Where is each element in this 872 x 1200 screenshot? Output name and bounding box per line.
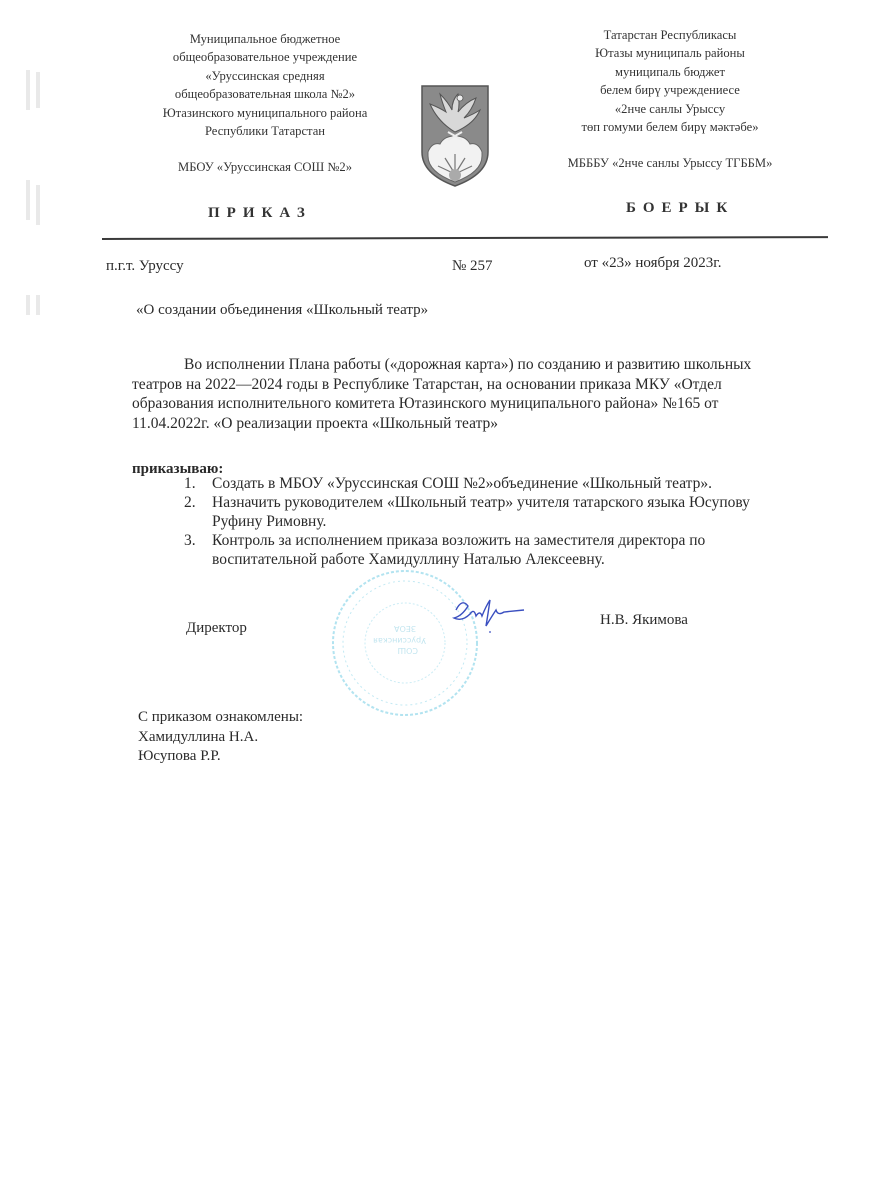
coat-of-arms-icon xyxy=(418,82,492,188)
header-divider xyxy=(102,236,828,240)
doc-subject: «О создании объединения «Школьный театр» xyxy=(136,302,428,319)
preamble-paragraph: Во исполнении Плана работы («дорожная ка… xyxy=(132,355,772,433)
header-left-line: общеобразовательная школа №2» xyxy=(120,85,410,103)
doc-date: от «23» ноября 2023г. xyxy=(584,255,722,272)
svg-text:СОШ: СОШ xyxy=(398,646,418,655)
order-item-text: Создать в МБОУ «Уруссинская СОШ №2»объед… xyxy=(212,475,712,492)
header-right-institution: Татарстан Республикасы Ютазы муниципаль … xyxy=(540,26,800,173)
order-items-list: 1. Создать в МБОУ «Уруссинская СОШ №2»об… xyxy=(184,474,784,569)
order-item-number: 2. xyxy=(184,493,196,512)
order-item: 3. Контроль за исполнением приказа возло… xyxy=(184,531,784,569)
header-left-short-name: МБОУ «Уруссинская СОШ №2» xyxy=(120,158,410,176)
header-right-line: Татарстан Республикасы xyxy=(540,26,800,44)
header-right-line: муниципаль бюджет xyxy=(540,63,800,81)
order-item-text: Контроль за исполнением приказа возложит… xyxy=(212,532,705,568)
order-item-number: 3. xyxy=(184,531,196,550)
handwritten-signature-icon xyxy=(448,596,528,636)
acknowledgement-title: С приказом ознакомлены: xyxy=(138,708,303,728)
signatory-name: Н.В. Якимова xyxy=(600,612,688,629)
doc-number: № 257 xyxy=(452,258,493,275)
round-stamp-icon: СОШУруссинскаяЗЕОА xyxy=(330,568,480,718)
order-item: 1. Создать в МБОУ «Уруссинская СОШ №2»об… xyxy=(184,474,784,493)
header-left-institution: Муниципальное бюджетное общеобразователь… xyxy=(120,30,410,177)
doc-type-tatar: БОЕРЫК xyxy=(626,200,734,217)
header-left-line: Республики Татарстан xyxy=(120,122,410,140)
acknowledgement-block: С приказом ознакомлены: Хамидуллина Н.А.… xyxy=(138,708,303,767)
header-left-line: Муниципальное бюджетное xyxy=(120,30,410,48)
acknowledged-person: Хамидуллина Н.А. xyxy=(138,728,303,748)
header-right-line: төп гомуми белем бирү мәктәбе» xyxy=(540,118,800,136)
header-right-short-name: МБББУ «2нче санлы Урыссу ТГББМ» xyxy=(540,154,800,172)
header-right-line: белем бирү учреждениесе xyxy=(540,81,800,99)
header-left-line: общеобразовательное учреждение xyxy=(120,48,410,66)
signatory-role: Директор xyxy=(186,620,247,637)
header-right-line: Ютазы муниципаль районы xyxy=(540,44,800,62)
acknowledged-person: Юсупова Р.Р. xyxy=(138,747,303,767)
order-item-number: 1. xyxy=(184,474,196,493)
header-right-line: «2нче санлы Урыссу xyxy=(540,100,800,118)
scan-artifact-marks xyxy=(12,60,52,320)
header-left-line: «Уруссинская средняя xyxy=(120,67,410,85)
doc-place: п.г.т. Уруссу xyxy=(106,258,184,275)
order-item: 2. Назначить руководителем «Школьный теа… xyxy=(184,493,784,531)
svg-text:ЗЕОА: ЗЕОА xyxy=(394,624,416,633)
header-left-line: Ютазинского муниципального района xyxy=(120,104,410,122)
order-item-text: Назначить руководителем «Школьный театр»… xyxy=(212,494,750,530)
doc-type-russian: ПРИКАЗ xyxy=(208,205,312,222)
svg-text:Уруссинская: Уруссинская xyxy=(373,636,426,645)
